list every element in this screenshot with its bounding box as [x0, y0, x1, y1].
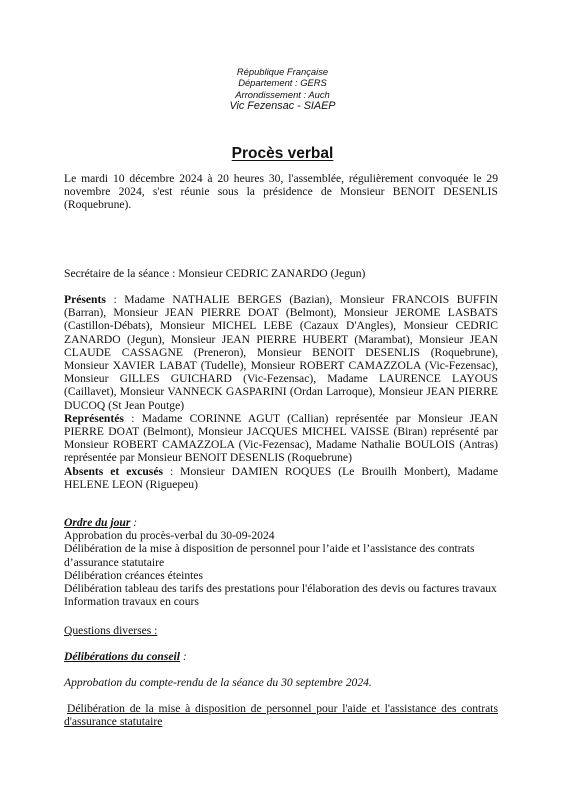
agenda-item: Approbation du procès-verbal du 30-09-20…	[64, 529, 498, 542]
document-page: République Française Département : GERS …	[0, 0, 565, 800]
deliberations-heading-line: Délibérations du conseil :	[64, 650, 498, 663]
represented-paragraph: Représentés : Madame CORINNE AGUT (Calli…	[64, 412, 498, 465]
secretary-line: Secrétaire de la séance : Monsieur CEDRI…	[64, 267, 498, 280]
document-header: République Française Département : GERS …	[0, 66, 565, 113]
presents-label: Présents	[64, 293, 106, 306]
questions-heading-line: Questions diverses :	[64, 624, 498, 637]
header-republic: République Française	[0, 66, 565, 77]
agenda-item: Délibération créances éteintes	[64, 569, 498, 582]
represented-label: Représentés	[64, 412, 124, 425]
deliberation-item-staff-text: Délibération de la mise à disposition de…	[64, 702, 498, 728]
intro-paragraph: Le mardi 10 décembre 2024 à 20 heures 30…	[64, 172, 498, 212]
absent-paragraph: Absents et excusés : Monsieur DAMIEN ROQ…	[64, 465, 498, 491]
deliberation-item-staff: Délibération de la mise à disposition de…	[64, 702, 498, 728]
agenda-heading-line: Ordre du jour :	[64, 516, 498, 529]
deliberations-heading: Délibérations du conseil	[64, 650, 180, 663]
represented-list: : Madame CORINNE AGUT (Callian) représen…	[64, 412, 498, 465]
presents-paragraph: Présents : Madame NATHALIE BERGES (Bazia…	[64, 293, 498, 412]
agenda-heading-suffix: :	[130, 516, 137, 529]
deliberation-item-approval: Approbation du compte-rendu de la séance…	[64, 676, 498, 689]
deliberations-heading-suffix: :	[180, 650, 187, 663]
agenda-item: Délibération de la mise à disposition de…	[64, 542, 484, 568]
header-arrondissement: Arrondissement : Auch	[0, 89, 565, 100]
agenda-item: Délibération tableau des tarifs des pres…	[64, 582, 498, 595]
agenda-item: Information travaux en cours	[64, 595, 498, 608]
questions-heading: Questions diverses :	[64, 624, 157, 637]
absent-label: Absents et excusés	[64, 465, 163, 478]
header-organization: Vic Fezensac - SIAEP	[0, 100, 565, 112]
agenda-heading: Ordre du jour	[64, 516, 130, 529]
document-title: Procès verbal	[0, 145, 565, 163]
presents-list: : Madame NATHALIE BERGES (Bazian), Monsi…	[64, 293, 498, 412]
agenda-section: Ordre du jour : Approbation du procès-ve…	[64, 516, 498, 608]
header-department: Département : GERS	[0, 77, 565, 88]
attendance-section: Présents : Madame NATHALIE BERGES (Bazia…	[64, 293, 498, 491]
